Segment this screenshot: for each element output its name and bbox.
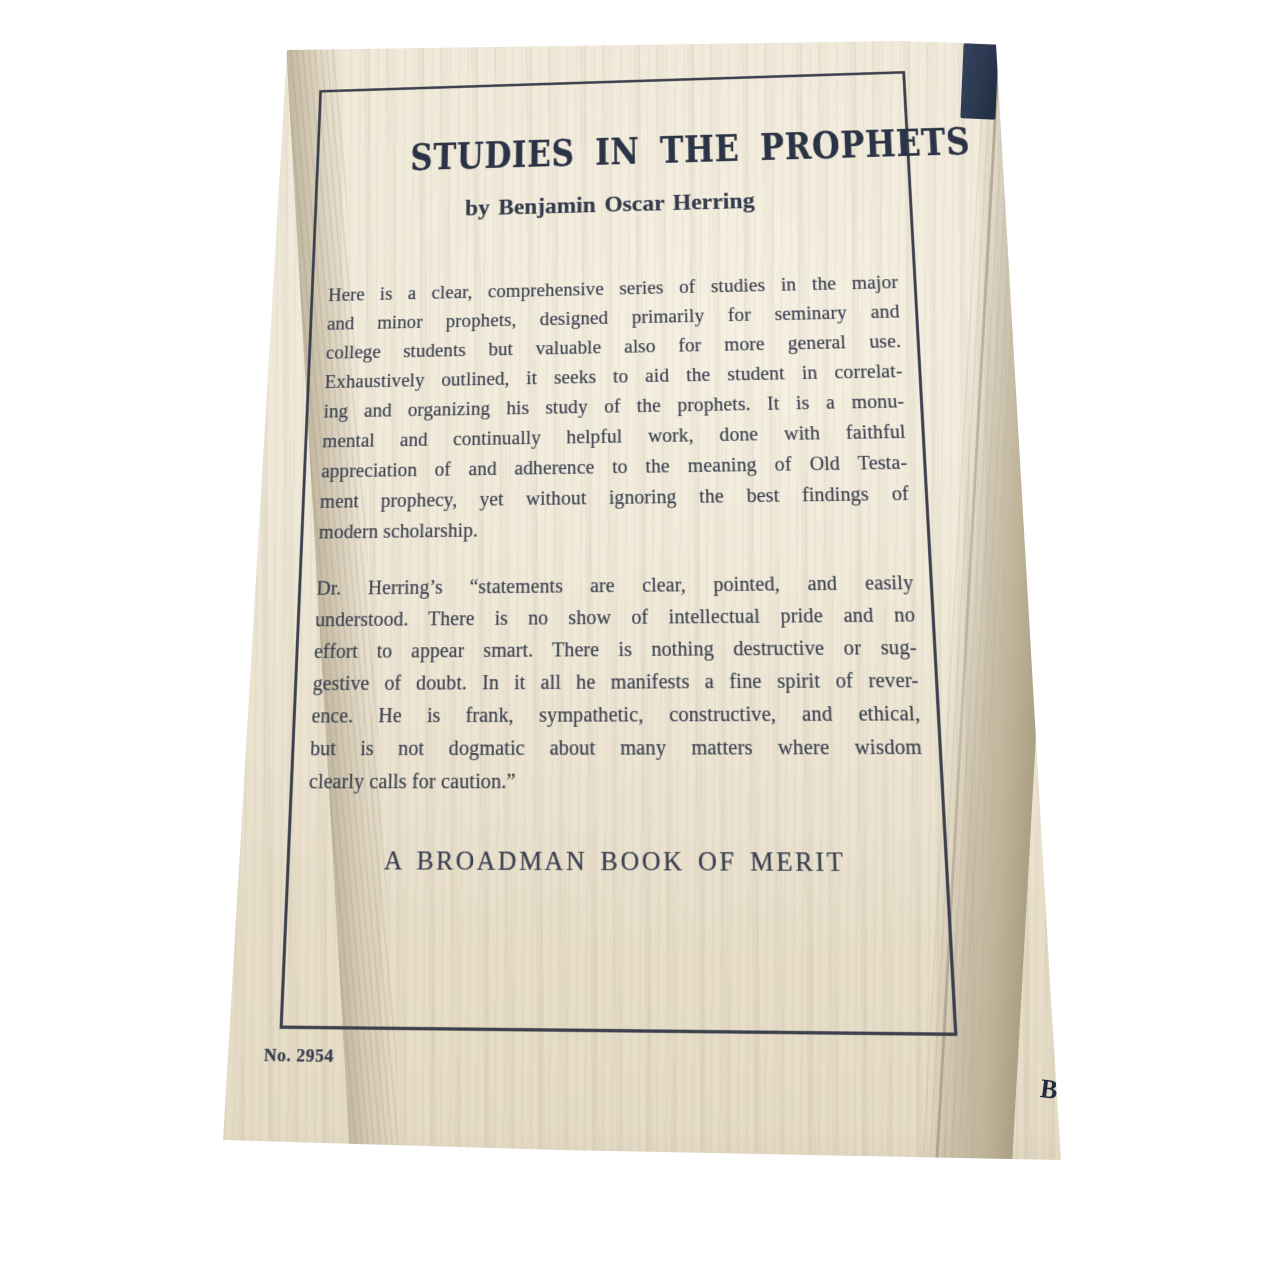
text-line: Dr. Herring’s “statements are clear, poi… <box>316 567 914 604</box>
printed-content: STUDIES IN THE PROPHETS by Benjamin Osca… <box>199 30 1045 1165</box>
book-photo: B STUDIES IN THE PROPHETS by Benjamin Os… <box>0 0 1280 1280</box>
book-title-text: STUDIES IN THE PROPHETS <box>410 120 972 181</box>
review-quote-paragraph: Dr. Herring’s “statements are clear, poi… <box>308 567 924 799</box>
book-title: STUDIES IN THE PROPHETS <box>333 122 892 183</box>
text-line: clearly calls for caution.” <box>308 764 924 798</box>
catalog-number: No. 2954 <box>263 1044 1039 1076</box>
spine-letter-b: B <box>1039 1073 1060 1106</box>
text-line: but is not dogmatic about many matters w… <box>310 730 923 765</box>
description-paragraph: Here is a clear, comprehensive series of… <box>318 268 911 548</box>
book-back-cover: B STUDIES IN THE PROPHETS by Benjamin Os… <box>0 0 1280 1280</box>
text-line: gestive of doubt. In it all he manifests… <box>312 664 919 700</box>
publisher-imprint: A BROADMAN BOOK OF MERIT <box>305 847 928 879</box>
text-line: ence. He is frank, sympathetic, construc… <box>311 697 921 732</box>
text-line: understood. There is no show of intellec… <box>315 599 916 636</box>
text-line: effort to appear smart. There is nothing… <box>314 631 918 667</box>
cover-border-box: STUDIES IN THE PROPHETS by Benjamin Osca… <box>280 71 958 1036</box>
book-author-byline: by Benjamin Oscar Herring <box>331 185 894 225</box>
